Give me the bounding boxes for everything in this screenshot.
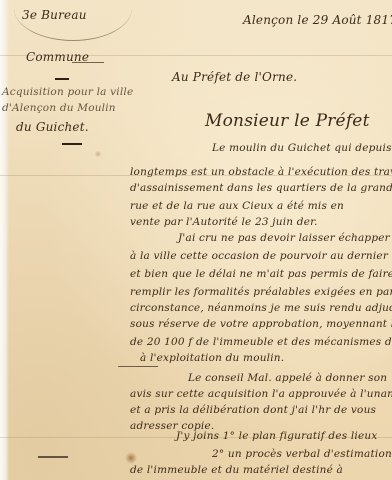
- place-date: Alençon le 29 Août 1817: [243, 13, 392, 27]
- body-line: rue et de la rue aux Cieux a été mis en: [130, 200, 344, 212]
- body-line: et bien que le délai ne m'ait pas permis…: [130, 268, 392, 280]
- separator-dash: [62, 143, 82, 145]
- salutation: Monsieur le Préfet: [205, 111, 370, 131]
- body-line: 2° un procès verbal d'estimation: [212, 448, 392, 460]
- body-line: Le moulin du Guichet qui depuis: [212, 142, 392, 154]
- body-line: et a pris la délibération dont j'ai l'hr…: [130, 404, 376, 416]
- margin-dash: [38, 456, 68, 458]
- margin-note-line3: du Guichet.: [16, 120, 89, 134]
- body-line: J'ai cru ne pas devoir laisser échapper: [178, 232, 390, 244]
- body-line: vente par l'Autorité le 23 juin der.: [130, 216, 318, 228]
- ink-stain: [95, 150, 101, 158]
- strike-line: [118, 366, 158, 367]
- body-line: J'y joins 1° le plan figuratif des lieux: [176, 430, 378, 442]
- bureau-label: 3e Bureau: [22, 8, 87, 22]
- addressee: Au Préfet de l'Orne.: [172, 70, 297, 84]
- body-line: de l'immeuble et du matériel destiné à: [130, 464, 343, 476]
- body-line: longtemps est un obstacle à l'exécution …: [130, 166, 392, 178]
- body-line: à l'exploitation du moulin.: [140, 352, 284, 364]
- separator-dash: [55, 78, 69, 80]
- body-line: avis sur cette acquisition l'a approuvée…: [130, 388, 392, 400]
- body-line: sous réserve de votre approbation, moyen…: [130, 318, 392, 330]
- body-line: circonstance, néanmoins je me suis rendu…: [130, 302, 392, 314]
- body-line: de 20 100 f de l'immeuble et des mécanis…: [130, 336, 392, 348]
- margin-note-line1: Acquisition pour la ville: [2, 86, 133, 98]
- section-underline: [72, 62, 104, 63]
- paper-left-edge: [0, 0, 9, 480]
- body-line: remplir les formalités préalables exigée…: [130, 286, 392, 298]
- body-line: Le conseil Mal. appelé à donner son: [188, 372, 387, 384]
- body-line: d'assainissement dans les quartiers de l…: [130, 182, 392, 194]
- letter-page: 3e Bureau Commune Alençon le 29 Août 181…: [0, 0, 392, 480]
- ink-stain: [125, 452, 137, 464]
- margin-note-line2: d'Alençon du Moulin: [2, 102, 116, 114]
- body-line: à la ville cette occasion de pourvoir au…: [130, 250, 392, 262]
